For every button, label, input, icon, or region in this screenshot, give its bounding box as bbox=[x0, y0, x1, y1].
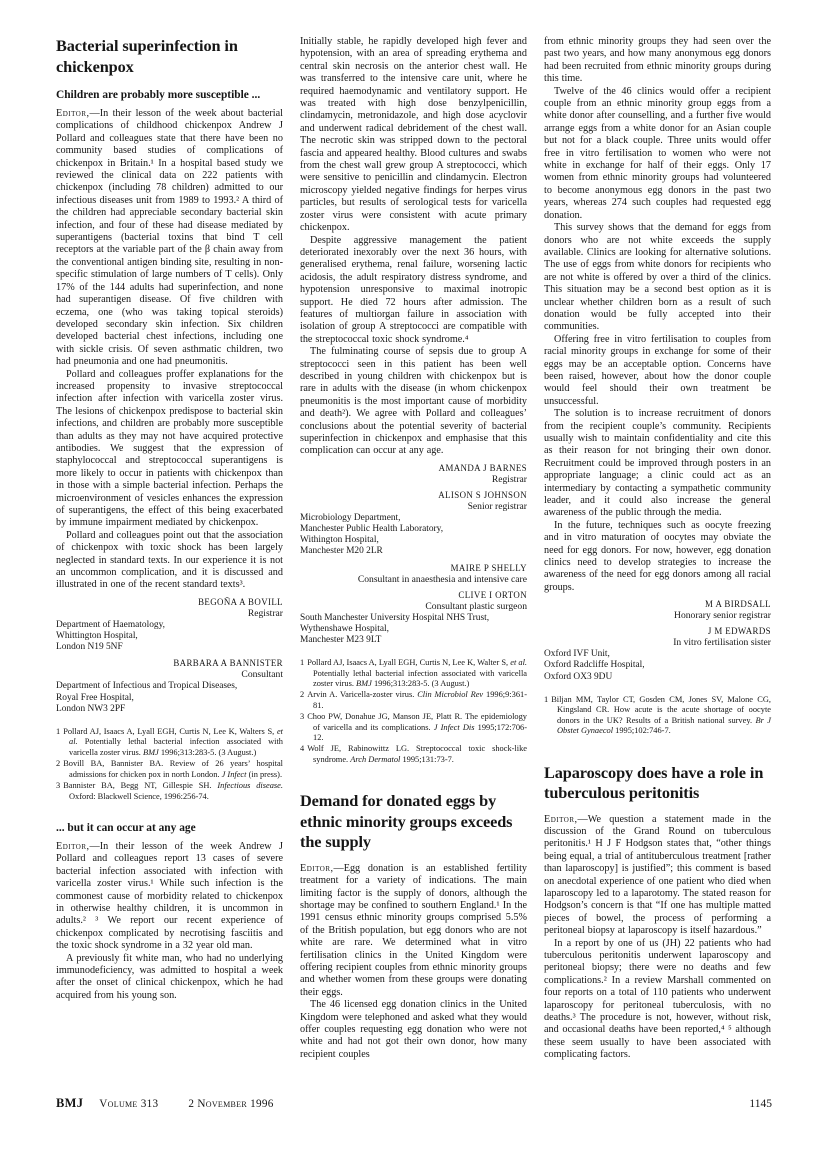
paragraph: In the future, techniques such as oocyte… bbox=[544, 520, 771, 594]
reference-item: 3Choo PW, Donahue JG, Manson JE, Platt R… bbox=[300, 712, 527, 743]
paragraph-text: —Egg donation is an established fertilit… bbox=[300, 863, 527, 998]
reference-item: 2Arvin A. Varicella-zoster virus. Clin M… bbox=[300, 690, 527, 711]
paragraph-text: The fulminating course of sepsis due to … bbox=[300, 346, 527, 456]
paragraph-text: Pollard and colleagues point out that th… bbox=[56, 530, 283, 591]
paragraph: Offering free in vitro fertilisation to … bbox=[544, 334, 771, 408]
column-3: from ethnic minority groups they had see… bbox=[544, 36, 771, 1062]
paragraph: Despite aggressive management the patien… bbox=[300, 235, 527, 347]
address-line: South Manchester University Hospital NHS… bbox=[300, 613, 527, 624]
paragraph-text: —In their lesson of the week about bacte… bbox=[56, 108, 283, 367]
address-line: Manchester M20 2LR bbox=[300, 546, 527, 557]
page-footer: BMJ Volume 313 2 November 1996 1145 bbox=[56, 1096, 772, 1111]
paragraph-text: —In their lesson of the week Andrew J Po… bbox=[56, 841, 283, 951]
address-line: Oxford OX3 9DU bbox=[544, 672, 771, 683]
paragraph-text: Initially stable, he rapidly developed h… bbox=[300, 36, 527, 233]
editor-lead: Editor, bbox=[56, 841, 90, 852]
signature: BEGOÑA A BOVILLRegistrar bbox=[56, 597, 283, 619]
paragraph: This survey shows that the demand for eg… bbox=[544, 222, 771, 334]
address-line: Microbiology Department, bbox=[300, 513, 527, 524]
address: South Manchester University Hospital NHS… bbox=[300, 613, 527, 647]
paragraph-text: In a report by one of us (JH) 22 patient… bbox=[544, 938, 771, 1061]
reference-text: Arvin A. Varicella-zoster virus. Clin Mi… bbox=[307, 690, 527, 709]
reference-text: Pollard AJ, Isaacs A, Lyall EGH, Curtis … bbox=[63, 727, 283, 757]
reference-item: 4Wolf JE, Rabinowittz LG. Streptococcal … bbox=[300, 744, 527, 765]
paragraph-text: Offering free in vitro fertilisation to … bbox=[544, 334, 771, 407]
paragraph-text: Despite aggressive management the patien… bbox=[300, 235, 527, 345]
editor-lead: Editor, bbox=[300, 863, 334, 874]
paragraph: Pollard and colleagues point out that th… bbox=[56, 530, 283, 592]
signature-name: M A BIRDSALL bbox=[544, 599, 771, 610]
address: Microbiology Department,Manchester Publi… bbox=[300, 513, 527, 558]
signature: BARBARA A BANNISTERConsultant bbox=[56, 658, 283, 680]
address-line: Oxford Radcliffe Hospital, bbox=[544, 660, 771, 671]
address-line: London N19 5NF bbox=[56, 642, 283, 653]
paragraph: Pollard and colleagues proffer explanati… bbox=[56, 369, 283, 530]
paragraph: Editor,—In their lesson of the week abou… bbox=[56, 108, 283, 369]
address-line: Royal Free Hospital, bbox=[56, 693, 283, 704]
reference-list: 1Biljan MM, Taylor CT, Gosden CM, Jones … bbox=[544, 695, 771, 737]
reference-item: 1Pollard AJ, Isaacs A, Lyall EGH, Curtis… bbox=[56, 727, 283, 758]
address: Department of Haematology,Whittington Ho… bbox=[56, 620, 283, 654]
address-line: Withington Hospital, bbox=[300, 535, 527, 546]
journal-page: Bacterial superinfection in chickenpoxCh… bbox=[0, 0, 816, 1154]
reference-text: Bannister BA, Begg NT, Gillespie SH. Inf… bbox=[63, 781, 283, 800]
address: Department of Infectious and Tropical Di… bbox=[56, 681, 283, 715]
paragraph: Editor,—We question a statement made in … bbox=[544, 814, 771, 938]
signature-role: Registrar bbox=[300, 474, 527, 485]
issue-date: 2 November 1996 bbox=[188, 1098, 273, 1110]
reference-item: 2Bovill BA, Bannister BA. Review of 26 y… bbox=[56, 759, 283, 780]
reference-text: Pollard AJ, Isaacs A, Lyall EGH, Curtis … bbox=[307, 658, 527, 688]
paragraph-text: The 46 licensed egg donation clinics in … bbox=[300, 999, 527, 1060]
paragraph: Initially stable, he rapidly developed h… bbox=[300, 36, 527, 235]
page-number: 1145 bbox=[749, 1098, 772, 1110]
reference-list: 1Pollard AJ, Isaacs A, Lyall EGH, Curtis… bbox=[56, 727, 283, 802]
reference-item: 3Bannister BA, Begg NT, Gillespie SH. In… bbox=[56, 781, 283, 802]
signature-name: AMANDA J BARNES bbox=[300, 463, 527, 474]
address-line: Manchester M23 9LT bbox=[300, 635, 527, 646]
paragraph: A previously fit white man, who had no u… bbox=[56, 953, 283, 1003]
signature-name: BARBARA A BANNISTER bbox=[56, 658, 283, 669]
paragraph-text: A previously fit white man, who had no u… bbox=[56, 953, 283, 1001]
letter-subheading: Children are probably more susceptible .… bbox=[56, 89, 283, 101]
signature-role: Senior registrar bbox=[300, 501, 527, 512]
signature-role: In vitro fertilisation sister bbox=[544, 637, 771, 648]
address-line: Department of Infectious and Tropical Di… bbox=[56, 681, 283, 692]
address-line: Oxford IVF Unit, bbox=[544, 649, 771, 660]
signature-name: J M EDWARDS bbox=[544, 626, 771, 637]
reference-text: Bovill BA, Bannister BA. Review of 26 ye… bbox=[63, 759, 283, 778]
paragraph-text: This survey shows that the demand for eg… bbox=[544, 222, 771, 332]
paragraph: Editor,—Egg donation is an established f… bbox=[300, 863, 527, 999]
paragraph-text: Pollard and colleagues proffer explanati… bbox=[56, 369, 283, 529]
signature: CLIVE I ORTONConsultant plastic surgeon bbox=[300, 590, 527, 612]
signature-role: Registrar bbox=[56, 608, 283, 619]
letter-title: Laparoscopy does have a role in tubercul… bbox=[544, 763, 771, 804]
letter-title: Bacterial superinfection in chickenpox bbox=[56, 36, 283, 77]
letter-subheading: ... but it can occur at any age bbox=[56, 822, 283, 834]
paragraph: In a report by one of us (JH) 22 patient… bbox=[544, 938, 771, 1062]
paragraph-text: The solution is to increase recruitment … bbox=[544, 408, 771, 518]
address-line: Department of Haematology, bbox=[56, 620, 283, 631]
letter-title: Demand for donated eggs by ethnic minori… bbox=[300, 791, 527, 853]
signature-name: CLIVE I ORTON bbox=[300, 590, 527, 601]
journal-name: BMJ bbox=[56, 1096, 83, 1111]
reference-text: Choo PW, Donahue JG, Manson JE, Platt R.… bbox=[307, 712, 527, 742]
column-1: Bacterial superinfection in chickenpoxCh… bbox=[56, 36, 283, 1062]
paragraph-text: In the future, techniques such as oocyte… bbox=[544, 520, 771, 593]
paragraph-text: —We question a statement made in the dis… bbox=[544, 814, 771, 937]
signature-role: Consultant bbox=[56, 669, 283, 680]
signature-role: Consultant plastic surgeon bbox=[300, 601, 527, 612]
signature: AMANDA J BARNESRegistrar bbox=[300, 463, 527, 485]
signature-name: BEGOÑA A BOVILL bbox=[56, 597, 283, 608]
paragraph: The 46 licensed egg donation clinics in … bbox=[300, 999, 527, 1061]
address-line: Whittington Hospital, bbox=[56, 631, 283, 642]
address-line: Wythenshawe Hospital, bbox=[300, 624, 527, 635]
reference-item: 1Pollard AJ, Isaacs A, Lyall EGH, Curtis… bbox=[300, 658, 527, 689]
editor-lead: Editor, bbox=[544, 814, 578, 825]
signature: MAIRE P SHELLYConsultant in anaesthesia … bbox=[300, 563, 527, 585]
paragraph-text: Twelve of the 46 clinics would offer a r… bbox=[544, 86, 771, 221]
letters-columns: Bacterial superinfection in chickenpoxCh… bbox=[56, 36, 772, 1062]
reference-list: 1Pollard AJ, Isaacs A, Lyall EGH, Curtis… bbox=[300, 658, 527, 765]
column-2: Initially stable, he rapidly developed h… bbox=[300, 36, 527, 1062]
reference-text: Wolf JE, Rabinowittz LG. Streptococcal t… bbox=[307, 744, 527, 763]
signature-name: MAIRE P SHELLY bbox=[300, 563, 527, 574]
journal-volume: Volume 313 bbox=[99, 1098, 158, 1110]
signature: ALISON S JOHNSONSenior registrar bbox=[300, 490, 527, 512]
address-line: Manchester Public Health Laboratory, bbox=[300, 524, 527, 535]
signature: J M EDWARDSIn vitro fertilisation sister bbox=[544, 626, 771, 648]
paragraph: Editor,—In their lesson of the week Andr… bbox=[56, 841, 283, 953]
paragraph: The solution is to increase recruitment … bbox=[544, 408, 771, 520]
reference-item: 1Biljan MM, Taylor CT, Gosden CM, Jones … bbox=[544, 695, 771, 737]
signature-role: Honorary senior registrar bbox=[544, 610, 771, 621]
signature: M A BIRDSALLHonorary senior registrar bbox=[544, 599, 771, 621]
address-line: London NW3 2PF bbox=[56, 704, 283, 715]
paragraph-text: from ethnic minority groups they had see… bbox=[544, 36, 771, 84]
paragraph: from ethnic minority groups they had see… bbox=[544, 36, 771, 86]
paragraph: The fulminating course of sepsis due to … bbox=[300, 346, 527, 458]
signature-name: ALISON S JOHNSON bbox=[300, 490, 527, 501]
reference-text: Biljan MM, Taylor CT, Gosden CM, Jones S… bbox=[551, 695, 771, 735]
signature-role: Consultant in anaesthesia and intensive … bbox=[300, 574, 527, 585]
address: Oxford IVF Unit,Oxford Radcliffe Hospita… bbox=[544, 649, 771, 683]
paragraph: Twelve of the 46 clinics would offer a r… bbox=[544, 86, 771, 222]
editor-lead: Editor, bbox=[56, 108, 90, 119]
